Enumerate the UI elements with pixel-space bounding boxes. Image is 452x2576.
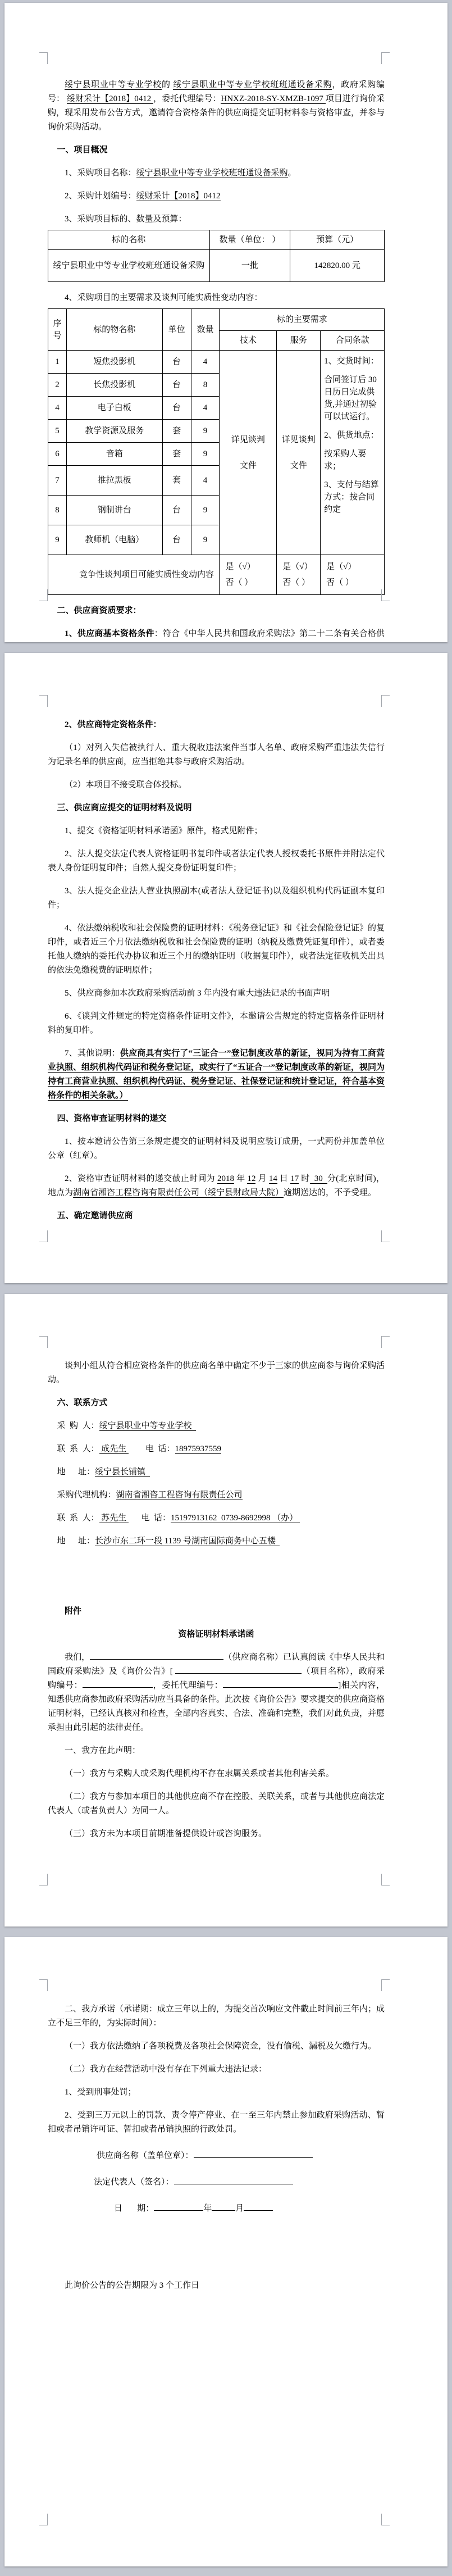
deadline-month: 12: [247, 1174, 255, 1184]
buyer-name: 绥宁县职业中等专业学校: [65, 80, 162, 90]
legal-rep-blank: [174, 2175, 293, 2184]
supplier-name-blank: [90, 1651, 223, 1660]
cell-substantive-change-label: 竞争性谈判项目可能实质性变动内容: [48, 555, 220, 595]
cell-tech-req: 详见谈判 文件: [220, 351, 277, 555]
section-5-heading: 五、确定邀请供应商: [48, 1209, 385, 1223]
item-budget-intro: 3、采购项目标的、数量及预算：: [48, 212, 385, 226]
margin-corner-mark: [39, 2514, 48, 2525]
no-unchecked: 否（ ）: [326, 576, 381, 589]
attachment-title: 资格证明材料承诺函: [48, 1628, 385, 1642]
no-unchecked: 否（ ）: [225, 576, 273, 589]
cell-unit: 台: [162, 351, 191, 374]
declaration-3: （三）我方未为本项目前期准备提供设计或咨询服务。: [48, 1827, 385, 1841]
col-header-service: 服务: [277, 331, 321, 351]
supplier-seal-blank: [194, 2149, 313, 2158]
document-page-1: 绥宁县职业中等专业学校的 绥宁县职业中等专业学校班班通设备采购，政府采购编号： …: [4, 3, 448, 642]
item-requirements-intro: 4、采购项目的主要需求及谈判可能实质性变动内容：: [48, 291, 385, 305]
gov-procurement-no: 绥财采计【2018】0412: [67, 94, 153, 104]
yes-checked: 是（√）: [326, 561, 381, 573]
cell-qty: 4: [191, 351, 220, 374]
col-header-qty: 数量（单位： ）: [209, 230, 290, 250]
section-4-heading: 四、资格审查证明材料的递交: [48, 1112, 385, 1126]
yes-checked: 是（√）: [225, 561, 273, 573]
document-page-4: 二、我方承诺（承诺期：成立三年以上的，为提交首次响应文件截止时间前三年内；成立不…: [4, 1937, 448, 2566]
material-item-7: 7、其他说明：供应商具有实行了“三证合一”登记制度改革的新证，视同为持有工商营业…: [48, 1047, 385, 1103]
col-header-qty: 数量: [191, 309, 220, 351]
margin-corner-mark: [381, 589, 390, 601]
cell-tech-yes-no: 是（√） 否（ ）: [220, 555, 277, 595]
submission-item-2: 2、资格审查证明材料的递交截止时间为 2018 年 12 月 14 日 17 时…: [48, 1172, 385, 1200]
cell-service-req: 详见谈判 文件: [277, 351, 321, 555]
declaration-heading: 一、我方在此声明：: [48, 1744, 385, 1758]
date-line: 日 期：年月: [114, 2202, 385, 2216]
material-item-6: 6、《谈判文件规定的特定资格条件证明文件》，本邀请公告规定的特定资格条件证明材料…: [48, 1010, 385, 1038]
table-header-row: 序号 标的物名称 单位 数量 标的主要需求: [48, 309, 385, 331]
material-item-5: 5、供应商参加本次政府采购活动前 3 年内没有重大违法记录的书面声明: [48, 987, 385, 1001]
promise-heading: 二、我方承诺（承诺期：成立三年以上的，为提交首次响应文件截止时间前三年内；成立不…: [48, 2002, 385, 2030]
section-6-heading: 六、联系方式: [48, 1396, 385, 1410]
material-item-3: 3、法人提交企业法人营业执照副本(或者法人登记证书)以及组织机构代码证副本复印件…: [48, 884, 385, 912]
date-year-blank: [154, 2202, 203, 2211]
intro-paragraph: 绥宁县职业中等专业学校的 绥宁县职业中等专业学校班班通设备采购，政府采购编号： …: [48, 78, 385, 134]
commitment-paragraph: 我们，（供应商名称）已认真阅读《中华人民共和国政府采购法》及《询价公告》[ （项…: [48, 1651, 385, 1735]
date-month-blank: [212, 2202, 235, 2211]
table-header-row: 标的名称 数量（单位： ） 预算（元）: [48, 230, 385, 250]
project-name-blank: [175, 1665, 302, 1674]
buyer-contact-line: 联 系 人： 成先生 电 话：18975937559: [48, 1442, 385, 1456]
document-page-2: 2、供应商特定资格条件： （1）对列入失信被执行人、重大税收违法案件当事人名单、…: [4, 653, 448, 1283]
margin-corner-mark: [381, 52, 390, 64]
cell-budget: 142820.00 元: [290, 250, 385, 282]
section-2-heading: 二、供应商资质要求：: [48, 604, 385, 618]
item-project-name: 1、采购项目名称：绥宁县职业中等专业学校班班通设备采购。: [48, 166, 385, 180]
project-name: 绥宁县职业中等专业学校班班通设备采购: [173, 80, 332, 90]
cell-contract-terms: 1、交货时间： 合同签订后 30 日历日完成供货,并通过初验可以试运行。 2、供…: [321, 351, 385, 555]
table-row: 绥宁县职业中等专业学校班班通设备采购 一批 142820.00 元: [48, 250, 385, 282]
margin-corner-mark: [381, 1336, 390, 1348]
deadline-year: 2018: [217, 1174, 234, 1184]
no-unchecked: 否（ ）: [282, 576, 317, 589]
promise-2: （二）我方在经营活动中没有存在下列重大违法记录：: [48, 2062, 385, 2077]
section-1-heading: 一、项目概况: [48, 143, 385, 157]
col-header-no: 序号: [48, 309, 67, 351]
promise-1: （一）我方依法缴纳了各项税费及各项社会保障资金，没有偷税、漏税及欠缴行为。: [48, 2039, 385, 2053]
date-day-blank: [244, 2202, 273, 2211]
item-plan-no: 2、采购计划编号：绥财采计【2018】0412: [48, 189, 385, 203]
agency-contact-line: 联 系 人： 苏先生 电 话：15197913162 0739-8692998 …: [48, 1511, 385, 1525]
document-page-3: 谈判小组从符合相应资格条件的供应商名单中确定不少于三家的供应商参与询价采购活动。…: [4, 1294, 448, 1927]
buyer-value: 绥宁县职业中等专业学校: [99, 1421, 197, 1431]
col-header-item: 标的物名称: [66, 309, 162, 351]
deadline-minute: 30: [310, 1174, 327, 1184]
margin-corner-mark: [39, 1874, 48, 1886]
col-header-main-req: 标的主要需求: [220, 309, 385, 331]
agency-line: 采购代理机构：湖南省湘咨工程咨询有限责任公司: [48, 1488, 385, 1502]
col-header-tech: 技术: [220, 331, 277, 351]
submission-item-1: 1、按本邀请公告第三条规定提交的证明材料及说明应装订成册，一式两份并加盖单位公章…: [48, 1135, 385, 1163]
agency-value: 湖南省湘咨工程咨询有限责任公司: [116, 1491, 243, 1500]
cell-qty: 一批: [209, 250, 290, 282]
margin-corner-mark: [39, 1230, 48, 1242]
violation-2: 2、受到三万元以上的罚款、责令停产停业、在一至三年内禁止参加政府采购活动、暂扣或…: [48, 2109, 385, 2137]
declaration-1: （一）我方与采购人或采购代理机构不存在隶属关系或者其他利害关系。: [48, 1767, 385, 1781]
procurement-no-blank: [83, 1679, 153, 1688]
buyer-address: 绥宁县长铺镇: [95, 1468, 150, 1477]
margin-corner-mark: [381, 2514, 390, 2525]
margin-corner-mark: [381, 695, 390, 707]
margin-corner-mark: [381, 1979, 390, 1991]
col-header-unit: 单位: [162, 309, 191, 351]
supplier-seal-line: 供应商名称（盖单位章）：: [97, 2149, 385, 2163]
deadline-day: 14: [269, 1174, 277, 1184]
material-item-1: 1、提交《资格证明材料承诺函》原件，格式见附件；: [48, 824, 385, 838]
agency-no-blank: [223, 1679, 338, 1688]
agency-contact-name: 苏先生: [99, 1514, 129, 1523]
contact-phone: 18975937559: [175, 1444, 222, 1454]
specific-qualification-2: （2）本项目不接受联合体投标。: [48, 778, 385, 792]
declaration-2: （二）我方与参加本项目的其他供应商不存在控股、关联关系，或者与其他供应商法定代表…: [48, 1790, 385, 1818]
margin-corner-mark: [39, 1336, 48, 1348]
basic-qualification: 1、供应商基本资格条件：符合《中华人民共和国政府采购法》第二十二条有关合格供应商…: [48, 627, 385, 642]
deadline-hour: 17: [290, 1174, 299, 1184]
cell-no: 1: [48, 351, 67, 374]
table-row: 1 短焦投影机 台 4 详见谈判 文件 详见谈判 文件 1、交货时间： 合同签订…: [48, 351, 385, 374]
col-header-budget: 预算（元）: [290, 230, 385, 250]
margin-corner-mark: [39, 589, 48, 601]
margin-corner-mark: [39, 52, 48, 64]
agency-address: 长沙市东二环一段 1139 号湖南国际商务中心五楼: [95, 1537, 280, 1546]
margin-corner-mark: [39, 695, 48, 707]
agency-contact-phone: 15197913162 0739-8692998 （办）: [171, 1514, 300, 1523]
col-header-contract: 合同条款: [321, 331, 385, 351]
margin-corner-mark: [39, 1979, 48, 1991]
col-header-subject: 标的名称: [48, 230, 210, 250]
material-item-4: 4、依法缴纳税收和社会保险费的证明材料：《税务登记证》和《社会保险登记证》的复印…: [48, 921, 385, 978]
announcement-period-notice: 此询价公告的公告期限为 3 个工作日: [48, 2279, 385, 2293]
yes-checked: 是（√）: [282, 561, 317, 573]
agency-address-line: 地 址：长沙市东二环一段 1139 号湖南国际商务中心五楼: [48, 1534, 385, 1548]
material-item-2: 2、法人提交法定代表人资格证明书复印件或者法定代表人授权委托书原件并附法定代表人…: [48, 847, 385, 875]
attachment-label: 附件: [48, 1605, 385, 1619]
requirements-table: 序号 标的物名称 单位 数量 标的主要需求 技术 服务 合同条款 1 短焦投影机…: [48, 308, 385, 595]
buyer-line: 采 购 人：绥宁县职业中等专业学校: [48, 1419, 385, 1433]
selection-paragraph: 谈判小组从符合相应资格条件的供应商名单中确定不少于三家的供应商参与询价采购活动。: [48, 1359, 385, 1387]
specific-qualification-1: （1）对列入失信被执行人、重大税收违法案件当事人名单、政府采购严重违法失信行为记…: [48, 741, 385, 769]
margin-corner-mark: [381, 1874, 390, 1886]
contact-name: 成先生: [99, 1444, 129, 1454]
cell-service-yes-no: 是（√） 否（ ）: [277, 555, 321, 595]
legal-rep-sign-line: 法定代表人（签名）：: [94, 2175, 385, 2189]
table-row: 竞争性谈判项目可能实质性变动内容 是（√） 否（ ） 是（√） 否（ ） 是（√…: [48, 555, 385, 595]
cell-contract-yes-no: 是（√） 否（ ）: [321, 555, 385, 595]
section-3-heading: 三、供应商应提交的证明材料及说明: [48, 801, 385, 815]
submission-place: 湖南省湘咨工程咨询有限责任公司（绥宁县财政局大院）: [73, 1188, 284, 1198]
cell-subject: 绥宁县职业中等专业学校班班通设备采购: [48, 250, 210, 282]
agency-ref-no: HNXZ-2018-SY-XMZB-1097: [221, 94, 325, 104]
specific-qualification-heading: 2、供应商特定资格条件：: [48, 718, 385, 732]
budget-table: 标的名称 数量（单位： ） 预算（元） 绥宁县职业中等专业学校班班通设备采购 一…: [48, 230, 385, 282]
violation-1: 1、受到刑事处罚；: [48, 2086, 385, 2100]
margin-corner-mark: [381, 1230, 390, 1242]
buyer-address-line: 地 址：绥宁县长铺镇: [48, 1465, 385, 1479]
cell-item: 短焦投影机: [66, 351, 162, 374]
